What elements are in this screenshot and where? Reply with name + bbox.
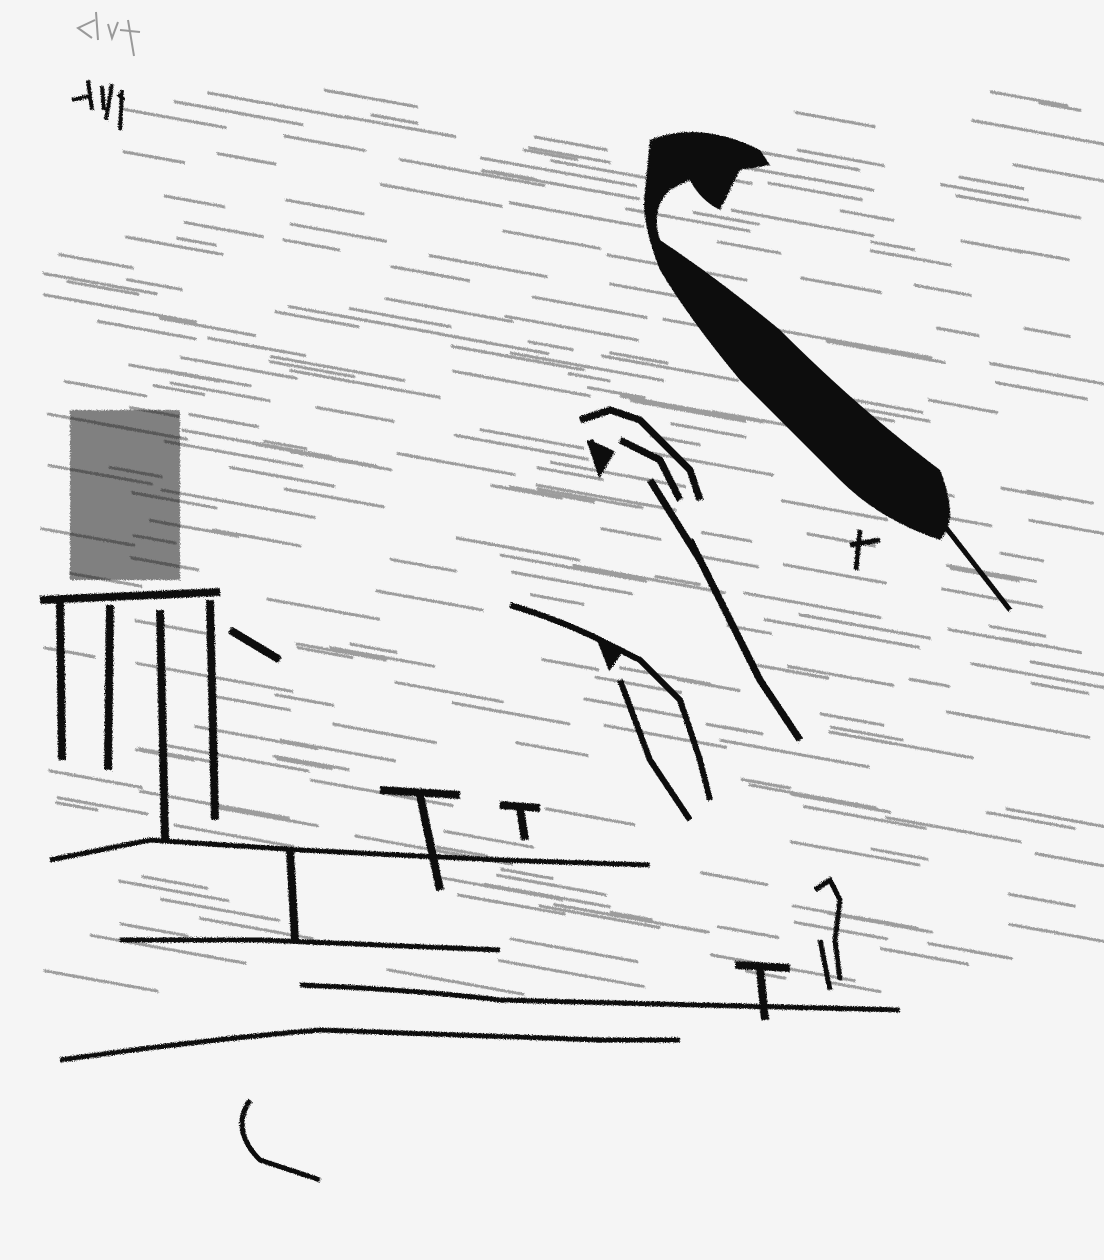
pencil-monogram bbox=[78, 12, 140, 56]
artwork: Black-and-white charcoal/lithograph draw… bbox=[0, 0, 1104, 1260]
charcoal-monogram bbox=[72, 80, 124, 130]
lower-bird bbox=[510, 605, 710, 820]
drawing bbox=[0, 0, 1104, 1260]
hatching bbox=[40, 90, 1104, 994]
